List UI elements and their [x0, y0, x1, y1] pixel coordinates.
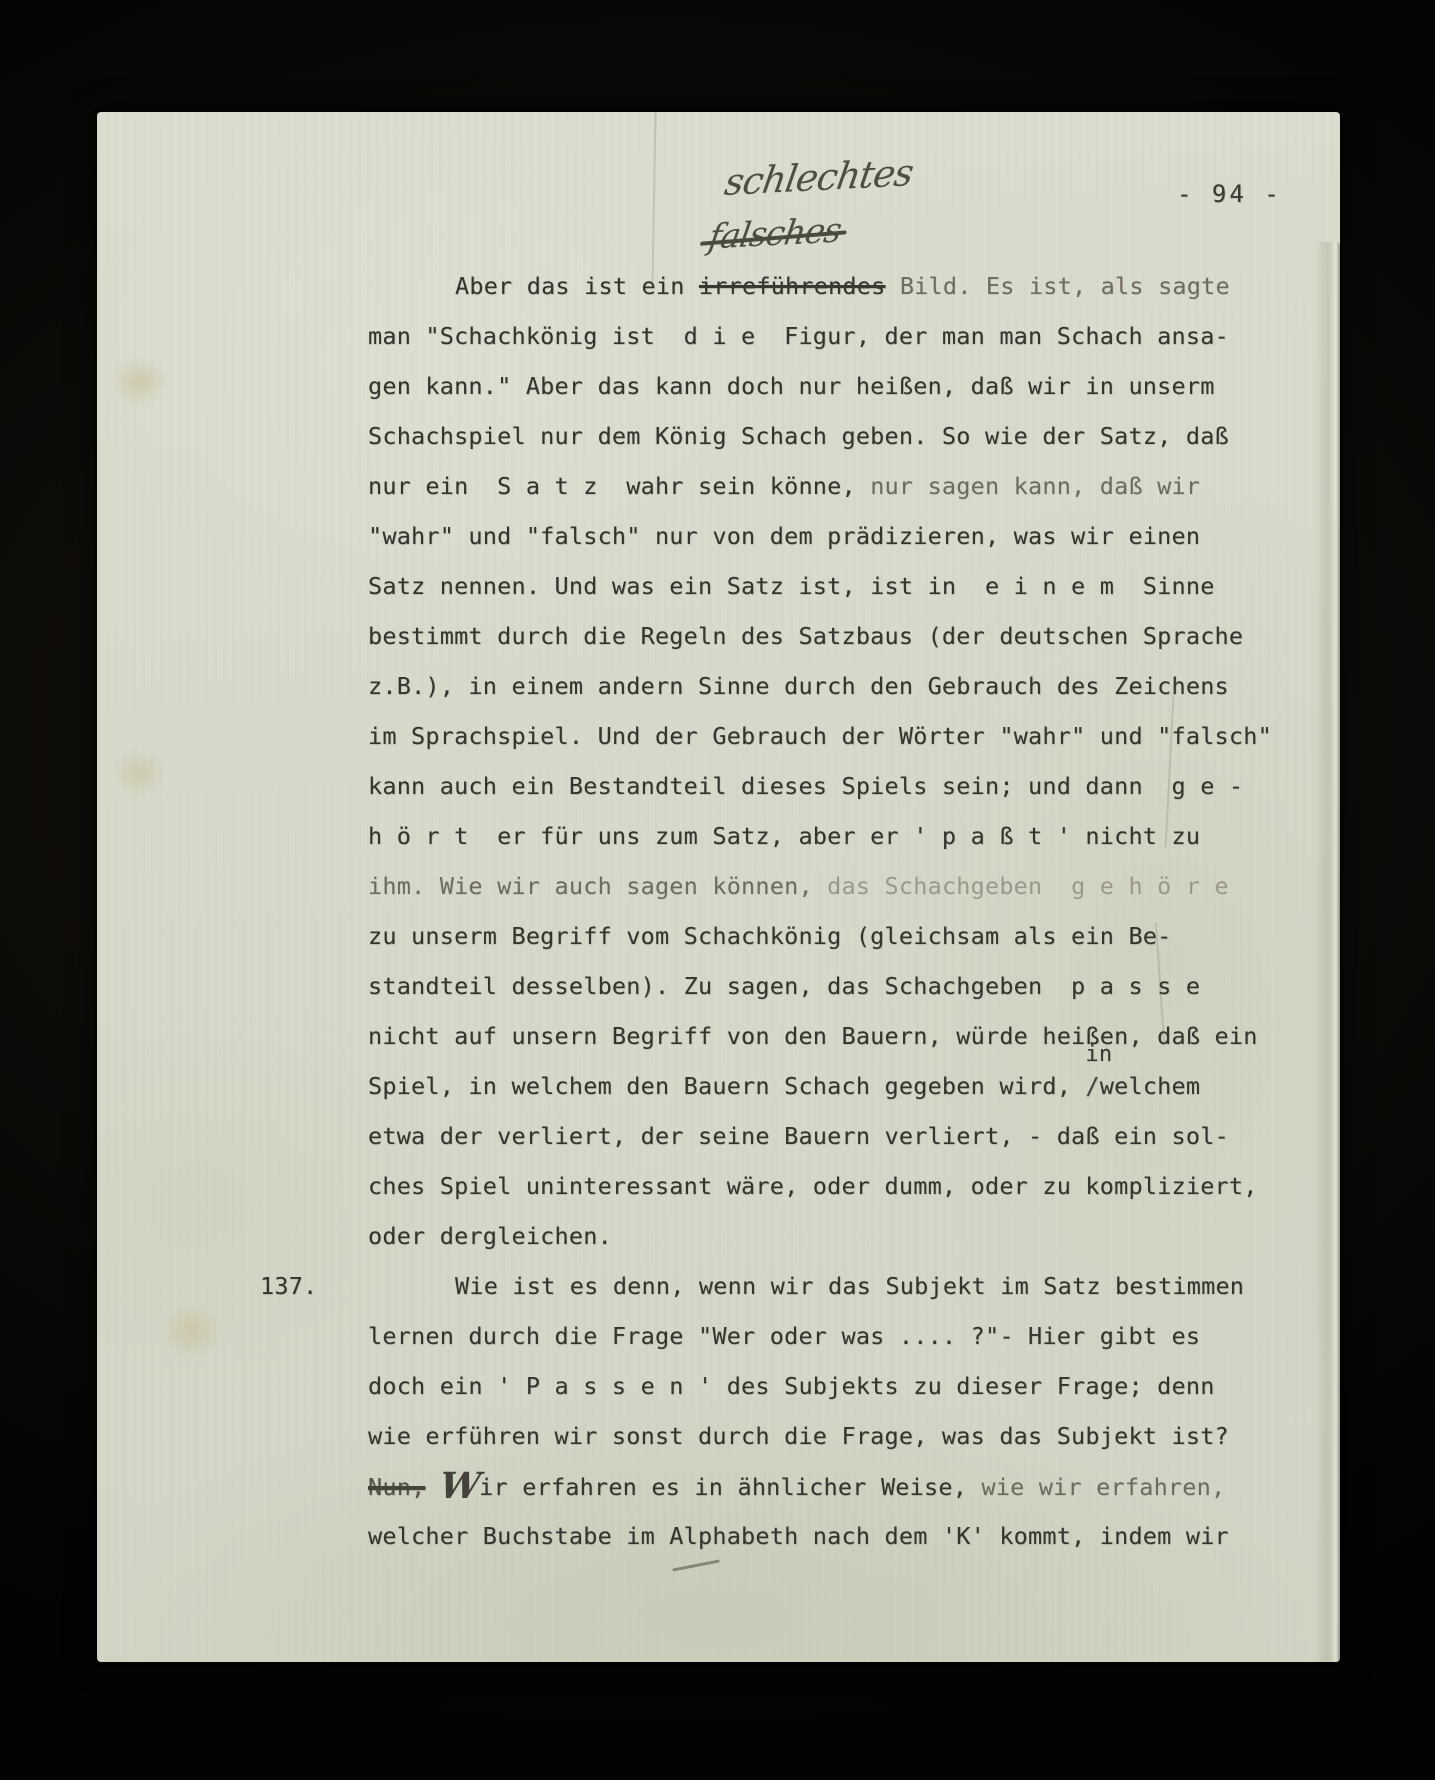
typed-text: Schachspiel nur dem König Schach geben. …	[368, 422, 1229, 450]
typed-text: "wahr" und "falsch" nur von dem prädizie…	[368, 522, 1200, 550]
text-line: Aber das ist ein irreführendes Bild. Es …	[455, 273, 1230, 300]
typed-text: das Schachgeben	[827, 872, 1071, 900]
text-line: "wahr" und "falsch" nur von dem prädizie…	[368, 523, 1200, 550]
typed-text: h ö r t er für uns zum Satz, aber er ' p…	[368, 822, 1200, 850]
text-line: Schachspiel nur dem König Schach geben. …	[368, 423, 1229, 450]
typed-text: nur sagen kann, daß wir	[870, 472, 1200, 500]
typed-text: nur ein S a t z wahr sein könne,	[368, 472, 870, 500]
typed-text	[885, 272, 899, 300]
typed-text: zu unserm Begriff vom Schachkönig (gleic…	[368, 922, 1172, 950]
typed-text	[425, 1473, 439, 1501]
text-line: man "Schachkönig ist d i e Figur, der ma…	[368, 323, 1229, 350]
text-line: gen kann." Aber das kann doch nur heißen…	[368, 373, 1215, 400]
typed-text: Satz nennen. Und was ein Satz ist, ist i…	[368, 572, 1215, 600]
text-line: kann auch ein Bestandteil dieses Spiels …	[368, 773, 1243, 800]
typed-text: lernen durch die Frage "Wer oder was ...…	[368, 1322, 1200, 1350]
text-line: 137.Wie ist es denn, wenn wir das Subjek…	[455, 1273, 1244, 1300]
handwritten-struck-word: falsches	[706, 210, 844, 257]
text-line: etwa der verliert, der seine Bauern verl…	[368, 1123, 1229, 1150]
typed-text: standteil desselben). Zu sagen, das Scha…	[368, 972, 1200, 1000]
typed-text: man "Schachkönig ist d i e Figur, der ma…	[368, 322, 1229, 350]
typed-text: kann auch ein Bestandteil dieses Spiels …	[368, 772, 1243, 800]
struck-text: Nun,	[368, 1473, 425, 1501]
inserted-word: in	[1085, 1042, 1112, 1067]
text-line: bestimmt durch die Regeln des Satzbaus (…	[368, 623, 1243, 650]
typed-text: g e h ö r e	[1071, 872, 1229, 900]
typed-text: ihm. Wie wir auch sagen können,	[368, 872, 827, 900]
text-line: ihm. Wie wir auch sagen können, das Scha…	[368, 873, 1229, 900]
typed-text: gen kann." Aber das kann doch nur heißen…	[368, 372, 1215, 400]
typed-text: bestimmt durch die Regeln des Satzbaus (…	[368, 622, 1243, 650]
text-line: Spiel, in welchem den Bauern Schach gege…	[368, 1073, 1200, 1100]
text-line: h ö r t er für uns zum Satz, aber er ' p…	[368, 823, 1200, 850]
text-line: nicht auf unsern Begriff von den Bauern,…	[368, 1023, 1258, 1050]
typed-text: etwa der verliert, der seine Bauern verl…	[368, 1122, 1229, 1150]
text-line: ches Spiel uninteressant wäre, oder dumm…	[368, 1173, 1258, 1200]
page-number: - 94 -	[1177, 180, 1282, 208]
typed-text: Spiel, in welchem den Bauern Schach gege…	[368, 1072, 1085, 1100]
typed-text: oder dergleichen.	[368, 1222, 612, 1250]
typed-text: ir erfahren es in ähnlicher Weise,	[479, 1473, 981, 1501]
typed-text: welcher Buchstabe im Alphabeth nach dem …	[368, 1522, 1229, 1550]
text-line: Satz nennen. Und was ein Satz ist, ist i…	[368, 573, 1215, 600]
handwritten-letter: W	[439, 1476, 480, 1496]
text-line: z.B.), in einem andern Sinne durch den G…	[368, 673, 1229, 700]
handwritten-correction-word: schlechtes	[722, 151, 916, 204]
text-line: wie erführen wir sonst durch die Frage, …	[368, 1423, 1229, 1450]
typed-text: im Sprachspiel. Und der Gebrauch der Wör…	[368, 722, 1272, 750]
text-line: nur ein S a t z wahr sein könne, nur sag…	[368, 473, 1200, 500]
typed-text: wie wir erfahren,	[981, 1473, 1225, 1501]
text-line: im Sprachspiel. Und der Gebrauch der Wör…	[368, 723, 1272, 750]
typed-text: ches Spiel uninteressant wäre, oder dumm…	[368, 1172, 1258, 1200]
text-line: lernen durch die Frage "Wer oder was ...…	[368, 1323, 1200, 1350]
pencil-mark	[672, 1559, 720, 1571]
text-line: oder dergleichen.	[368, 1223, 612, 1250]
paper-stain	[113, 748, 165, 798]
text-line: standteil desselben). Zu sagen, das Scha…	[368, 973, 1200, 1000]
struck-text: irreführendes	[699, 272, 886, 300]
text-line: doch ein ' P a s s e n ' des Subjekts zu…	[368, 1373, 1215, 1400]
paragraph-number: 137.	[260, 1273, 317, 1300]
typed-text: wie erführen wir sonst durch die Frage, …	[368, 1422, 1229, 1450]
paper-stain	[163, 1304, 221, 1358]
typed-text: Bild. Es ist, als sagte	[900, 272, 1230, 300]
typed-text: doch ein ' P a s s e n ' des Subjekts zu…	[368, 1372, 1215, 1400]
document-page: - 94 - schlechtes falsches Aber das ist …	[97, 112, 1340, 1662]
paper-crease	[652, 112, 657, 282]
typed-text: nicht auf unsern Begriff von den Bauern,…	[368, 1022, 1258, 1050]
typed-text: welchem	[1100, 1072, 1200, 1100]
text-line: Nun, Wir erfahren es in ähnlicher Weise,…	[368, 1473, 1225, 1501]
typed-text: Aber das ist ein	[455, 272, 699, 300]
typed-text: z.B.), in einem andern Sinne durch den G…	[368, 672, 1229, 700]
paper-stain	[111, 358, 167, 406]
text-line: welcher Buchstabe im Alphabeth nach dem …	[368, 1523, 1229, 1550]
insertion-caret: in∕	[1085, 1072, 1099, 1100]
text-line: zu unserm Begriff vom Schachkönig (gleic…	[368, 923, 1172, 950]
scanned-document-photo: { "page": { "page_number": "- 94 -", "ha…	[0, 0, 1435, 1780]
typed-text: Wie ist es denn, wenn wir das Subjekt im…	[455, 1272, 1244, 1300]
